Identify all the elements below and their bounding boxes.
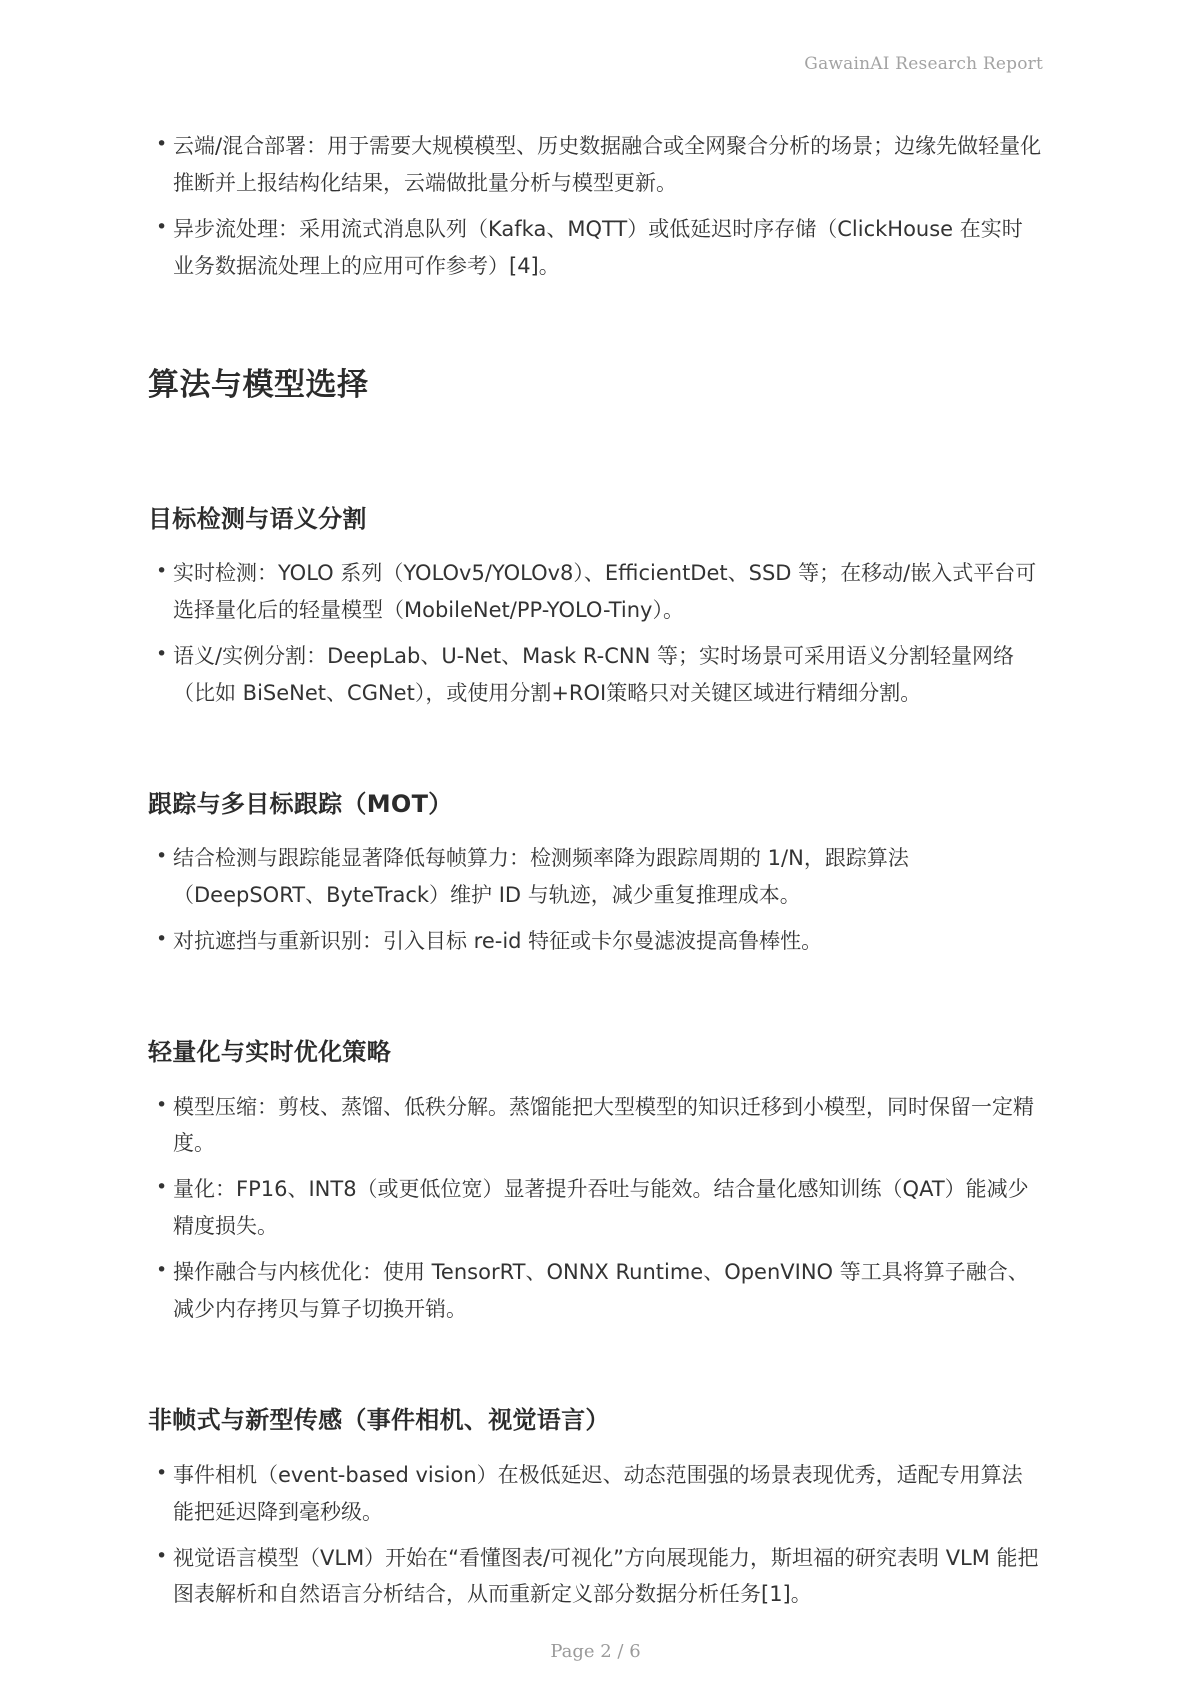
list-item-text: 对抗遮挡与重新识别：引入目标 re-id 特征或卡尔曼滤波提高鲁棒性。 [173,929,822,953]
section-title: 非帧式与新型传感（事件相机、视觉语言） [148,1404,1043,1436]
bullet-dot: • [156,923,167,956]
list-item: • 异步流处理：采用流式消息队列（Kafka、MQTT）或低延迟时序存储（Cli… [148,211,1043,285]
list-item: • 模型压缩：剪枝、蒸馏、低秩分解。蒸馏能把大型模型的知识迁移到小模型，同时保留… [148,1089,1043,1163]
list-item-text: 事件相机（event-based vision）在极低延迟、动态范围强的场景表现… [173,1463,1023,1524]
bullet-dot: • [156,1457,167,1490]
section-bullet-list: • 实时检测：YOLO 系列（YOLOv5/YOLOv8）、EfficientD… [148,555,1043,712]
document-page: GawainAI Research Report • 云端/混合部署：用于需要大… [0,0,1191,1684]
list-item-text: 模型压缩：剪枝、蒸馏、低秩分解。蒸馏能把大型模型的知识迁移到小模型，同时保留一定… [173,1095,1034,1156]
bullet-dot: • [156,555,167,588]
page-title: 算法与模型选择 [148,365,1043,407]
section-lightweight-optimization: 轻量化与实时优化策略 • 模型压缩：剪枝、蒸馏、低秩分解。蒸馏能把大型模型的知识… [148,1036,1043,1328]
section-title: 目标检测与语义分割 [148,503,1043,535]
section-bullet-list: • 模型压缩：剪枝、蒸馏、低秩分解。蒸馏能把大型模型的知识迁移到小模型，同时保留… [148,1089,1043,1329]
bullet-dot: • [156,840,167,873]
list-item: • 结合检测与跟踪能显著降低每帧算力：检测频率降为跟踪周期的 1/N，跟踪算法（… [148,840,1043,914]
bullet-dot: • [156,1089,167,1122]
section-bullet-list: • 事件相机（event-based vision）在极低延迟、动态范围强的场景… [148,1457,1043,1614]
intro-bullet-list: • 云端/混合部署：用于需要大规模模型、历史数据融合或全网聚合分析的场景；边缘先… [148,128,1043,285]
section-bullet-list: • 结合检测与跟踪能显著降低每帧算力：检测频率降为跟踪周期的 1/N，跟踪算法（… [148,840,1043,960]
page-number: Page 2 / 6 [0,1641,1191,1662]
list-item: • 量化：FP16、INT8（或更低位宽）显著提升吞吐与能效。结合量化感知训练（… [148,1171,1043,1245]
bullet-dot: • [156,211,167,244]
list-item: • 视觉语言模型（VLM）开始在“看懂图表/可视化”方向展现能力，斯坦福的研究表… [148,1540,1043,1614]
bullet-dot: • [156,638,167,671]
list-item-text: 操作融合与内核优化：使用 TensorRT、ONNX Runtime、OpenV… [173,1260,1029,1321]
bullet-dot: • [156,1254,167,1287]
section-title: 跟踪与多目标跟踪（MOT） [148,788,1043,820]
list-item: • 实时检测：YOLO 系列（YOLOv5/YOLOv8）、EfficientD… [148,555,1043,629]
list-item-text: 视觉语言模型（VLM）开始在“看懂图表/可视化”方向展现能力，斯坦福的研究表明 … [173,1546,1039,1607]
section-tracking-mot: 跟踪与多目标跟踪（MOT） • 结合检测与跟踪能显著降低每帧算力：检测频率降为跟… [148,788,1043,960]
list-item-text: 异步流处理：采用流式消息队列（Kafka、MQTT）或低延迟时序存储（Click… [173,217,1023,278]
section-title: 轻量化与实时优化策略 [148,1036,1043,1068]
list-item: • 云端/混合部署：用于需要大规模模型、历史数据融合或全网聚合分析的场景；边缘先… [148,128,1043,202]
section-nonframe-sensing: 非帧式与新型传感（事件相机、视觉语言） • 事件相机（event-based v… [148,1404,1043,1613]
list-item-text: 量化：FP16、INT8（或更低位宽）显著提升吞吐与能效。结合量化感知训练（QA… [173,1177,1029,1238]
list-item-text: 结合检测与跟踪能显著降低每帧算力：检测频率降为跟踪周期的 1/N，跟踪算法（De… [173,846,909,907]
list-item: • 对抗遮挡与重新识别：引入目标 re-id 特征或卡尔曼滤波提高鲁棒性。 [148,923,1043,960]
section-detection-segmentation: 目标检测与语义分割 • 实时检测：YOLO 系列（YOLOv5/YOLOv8）、… [148,503,1043,712]
list-item-text: 实时检测：YOLO 系列（YOLOv5/YOLOv8）、EfficientDet… [173,561,1036,622]
list-item: • 操作融合与内核优化：使用 TensorRT、ONNX Runtime、Ope… [148,1254,1043,1328]
list-item-text: 云端/混合部署：用于需要大规模模型、历史数据融合或全网聚合分析的场景；边缘先做轻… [173,134,1041,195]
list-item-text: 语义/实例分割：DeepLab、U-Net、Mask R-CNN 等；实时场景可… [173,644,1014,705]
list-item: • 语义/实例分割：DeepLab、U-Net、Mask R-CNN 等；实时场… [148,638,1043,712]
page-content: • 云端/混合部署：用于需要大规模模型、历史数据融合或全网聚合分析的场景；边缘先… [148,128,1043,1622]
bullet-dot: • [156,128,167,161]
bullet-dot: • [156,1540,167,1573]
list-item: • 事件相机（event-based vision）在极低延迟、动态范围强的场景… [148,1457,1043,1531]
report-header: GawainAI Research Report [804,54,1043,74]
bullet-dot: • [156,1171,167,1204]
